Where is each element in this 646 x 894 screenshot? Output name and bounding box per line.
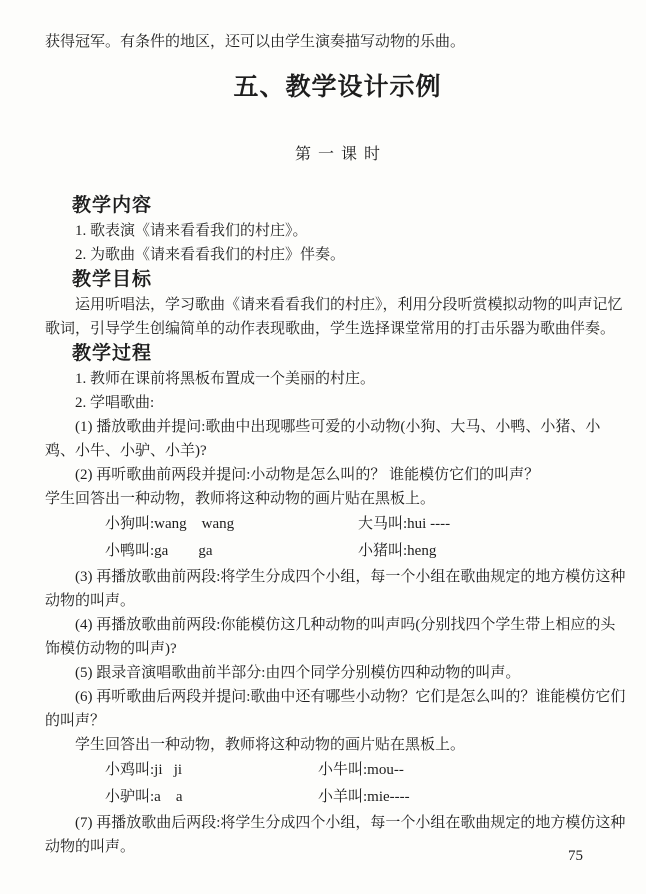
call-donkey: 小驴叫:a a [105, 784, 318, 811]
page-number: 75 [568, 846, 583, 866]
process-question-3: (3) 再播放歌曲前两段:将学生分成四个小组，每一个小组在歌曲规定的地方模仿这种… [45, 565, 630, 613]
heading-teaching-content: 教学内容 [72, 193, 630, 219]
animal-call-row: 小鸭叫:ga ga 小猪叫:heng [45, 538, 630, 565]
process-question-6: (6) 再听歌曲后两段并提问:歌曲中还有哪些小动物？它们是怎么叫的？谁能模仿它们… [45, 685, 630, 733]
call-duck: 小鸭叫:ga ga [105, 538, 358, 565]
call-pig: 小猪叫:heng [358, 538, 436, 565]
goal-paragraph: 运用听唱法，学习歌曲《请来看看我们的村庄》，利用分段听赏模拟动物的叫声记忆歌词，… [45, 293, 630, 341]
process-note-1: 学生回答出一种动物，教师将这种动物的画片贴在黑板上。 [45, 487, 630, 511]
process-question-7: (7) 再播放歌曲后两段:将学生分成四个小组，每一个小组在歌曲规定的地方模仿这种… [45, 811, 630, 859]
call-lamb: 小羊叫:mie---- [318, 784, 410, 811]
call-calf: 小牛叫:mou-- [318, 757, 404, 784]
heading-teaching-process: 教学过程 [72, 341, 630, 367]
intro-text: 获得冠军。有条件的地区，还可以由学生演奏描写动物的乐曲。 [45, 30, 630, 54]
lesson-subtitle: 第一课时 [45, 144, 630, 166]
animal-call-row: 小狗叫:wang wang 大马叫:hui ---- [45, 511, 630, 538]
document-page: 获得冠军。有条件的地区，还可以由学生演奏描写动物的乐曲。 五、教学设计示例 第一… [0, 0, 646, 894]
call-dog: 小狗叫:wang wang [105, 511, 358, 538]
process-note-2: 学生回答出一种动物，教师将这种动物的画片贴在黑板上。 [45, 733, 630, 757]
animal-call-row: 小驴叫:a a 小羊叫:mie---- [45, 784, 630, 811]
call-chick: 小鸡叫:ji ji [105, 757, 318, 784]
process-question-2: (2) 再听歌曲前两段并提问:小动物是怎么叫的？ 谁能模仿它们的叫声？ [45, 463, 630, 487]
process-question-5: (5) 跟录音演唱歌曲前半部分:由四个同学分别模仿四种动物的叫声。 [45, 661, 630, 685]
process-question-4: (4) 再播放歌曲前两段:你能模仿这几种动物的叫声吗(分别找四个学生带上相应的头… [45, 613, 630, 661]
content-item-1: 1. 歌表演《请来看看我们的村庄》。 [45, 219, 630, 243]
content-item-2: 2. 为歌曲《请来看看我们的村庄》伴奏。 [45, 243, 630, 267]
process-step-1: 1. 教师在课前将黑板布置成一个美丽的村庄。 [45, 367, 630, 391]
process-question-1: (1) 播放歌曲并提问:歌曲中出现哪些可爱的小动物(小狗、大马、小鸭、小猪、小鸡… [45, 415, 630, 463]
heading-teaching-goal: 教学目标 [72, 267, 630, 293]
call-horse: 大马叫:hui ---- [358, 511, 450, 538]
page-title: 五、教学设计示例 [45, 72, 630, 104]
animal-call-row: 小鸡叫:ji ji 小牛叫:mou-- [45, 757, 630, 784]
process-step-2: 2. 学唱歌曲: [45, 391, 630, 415]
